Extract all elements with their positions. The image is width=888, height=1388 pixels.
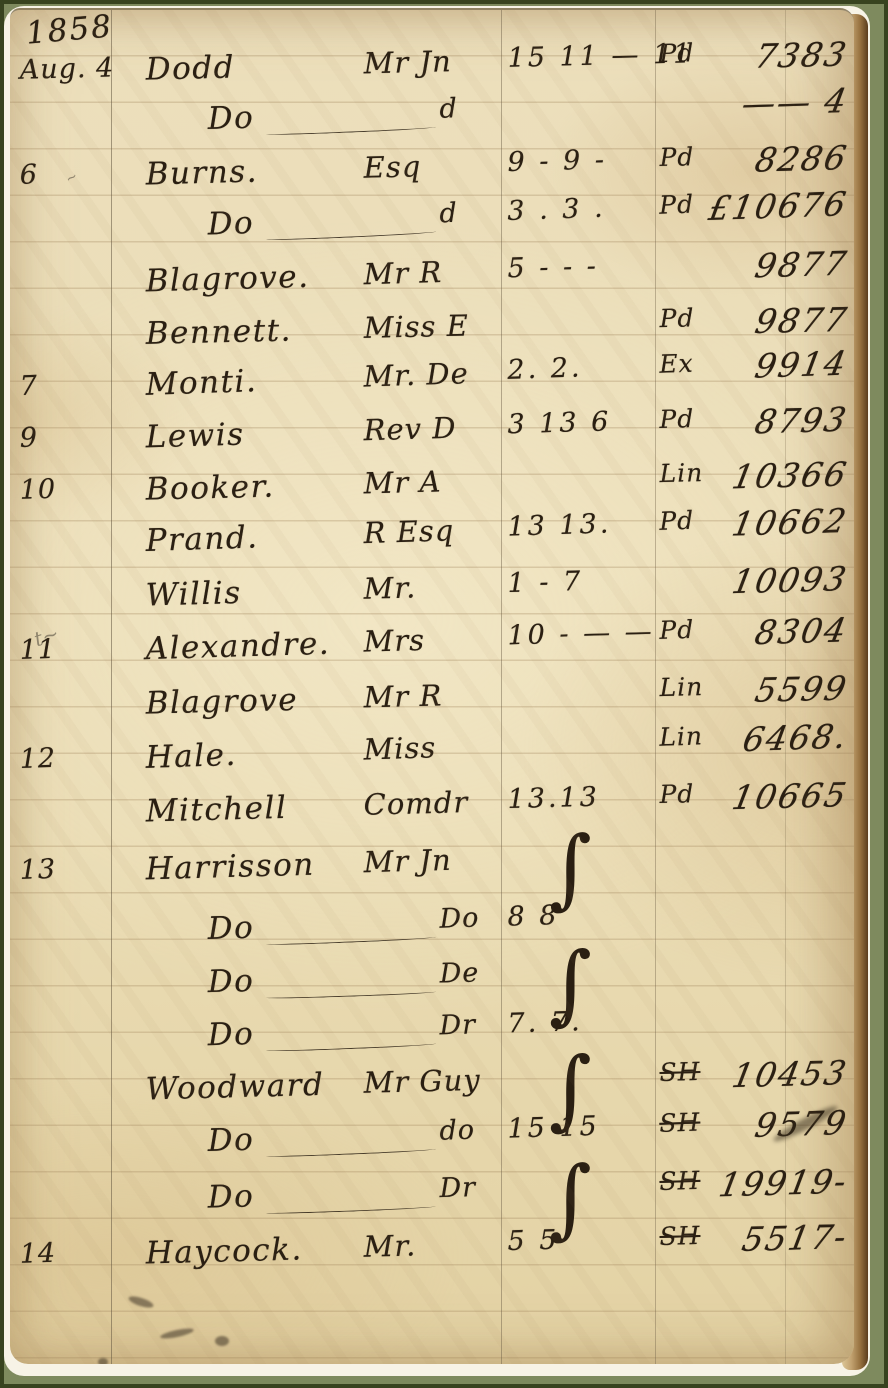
- title-cell: Mrs: [363, 623, 425, 659]
- title-cell: Dr: [439, 1009, 476, 1041]
- status-cell: Lin: [659, 672, 703, 702]
- number-cell: £10676: [707, 184, 848, 228]
- name-cell: Willis: [145, 575, 242, 613]
- date-cell: 7: [19, 367, 138, 402]
- amount-cell: 13.13: [507, 782, 600, 815]
- ink-smudge: [215, 1336, 229, 1346]
- name-cell: Mitchell: [145, 790, 288, 830]
- number-cell: 6468.: [707, 717, 848, 761]
- ditto-flourish-line: [266, 935, 436, 946]
- photo-frame: 1858 Aug. 4DoddMr Jn15 11 — 11Pd7383Dod—…: [0, 0, 888, 1388]
- name-cell: Do: [207, 1178, 255, 1215]
- title-cell: Mr.: [363, 1228, 416, 1263]
- number-cell: 10665: [707, 775, 848, 818]
- amount-cell: 1 - 7: [507, 566, 583, 599]
- ink-smudge: [160, 1327, 195, 1341]
- number-cell: 10366: [707, 455, 848, 497]
- number-cell: —— 4: [707, 81, 848, 124]
- status-cell: SH: [659, 1108, 701, 1138]
- title-cell: Do: [439, 903, 480, 935]
- title-cell: Miss: [363, 730, 437, 766]
- date-cell: Aug. 4: [19, 52, 138, 86]
- ditto-flourish-line: [266, 1205, 436, 1215]
- name-cell: Prand.: [145, 519, 259, 559]
- title-cell: Comdr: [363, 785, 468, 822]
- amount-cell: 9 - 9 -: [507, 144, 607, 178]
- status-cell: Pd: [659, 38, 695, 68]
- title-cell: Dr: [439, 1172, 476, 1204]
- name-cell: Woodward: [145, 1067, 325, 1108]
- status-cell: Pd: [659, 615, 695, 645]
- status-cell: Pd: [659, 404, 695, 434]
- title-cell: Rev D: [363, 411, 457, 448]
- status-cell: Ex: [659, 349, 694, 379]
- ink-smudge: [98, 1358, 108, 1364]
- name-cell: Do: [207, 963, 254, 1000]
- status-cell: Pd: [659, 142, 695, 172]
- date-cell: 10: [19, 472, 138, 506]
- name-cell: Harrisson: [145, 847, 315, 888]
- title-cell: Mr Guy: [363, 1063, 481, 1100]
- title-cell: Mr Jn: [363, 44, 452, 80]
- number-cell: 10453: [707, 1053, 848, 1096]
- number-cell: 5517-: [707, 1217, 848, 1260]
- name-cell: Do: [207, 1122, 255, 1159]
- year-label: 1858: [25, 8, 115, 51]
- name-cell: Do: [207, 205, 255, 243]
- name-cell: Blagrove.: [145, 259, 310, 300]
- name-cell: Blagrove: [145, 682, 298, 722]
- amount-cell: 15 15: [507, 1111, 600, 1145]
- amount-cell: 3 . 3 .: [507, 193, 606, 227]
- number-cell: 9877: [707, 244, 848, 287]
- name-cell: Bennett.: [145, 313, 292, 352]
- name-cell: Hale.: [145, 737, 237, 776]
- amount-cell: 10 - — —: [507, 616, 655, 651]
- date-cell: 6: [19, 157, 138, 191]
- status-cell: Lin: [659, 458, 703, 488]
- amount-cell: 7. 7.: [507, 1006, 583, 1039]
- name-cell: Do: [207, 1016, 255, 1053]
- number-cell: 10093: [707, 559, 848, 602]
- title-cell: Esq: [363, 149, 421, 184]
- date-cell: 13: [19, 852, 138, 886]
- title-cell: d: [439, 93, 458, 125]
- ditto-flourish-line: [266, 230, 436, 241]
- title-cell: Mr A: [363, 464, 442, 500]
- number-cell: 9914: [707, 344, 848, 388]
- title-cell: Mr R: [363, 678, 442, 714]
- name-cell: Booker.: [145, 469, 275, 508]
- number-cell: 7383: [707, 35, 848, 77]
- amount-cell: 2. 2.: [507, 352, 583, 385]
- name-cell: Do: [207, 100, 255, 137]
- status-cell: Pd: [659, 190, 695, 220]
- status-cell: Lin: [659, 721, 704, 751]
- number-cell: 10662: [707, 501, 848, 544]
- name-cell: Do: [207, 910, 255, 947]
- ditto-flourish-line: [266, 1147, 436, 1158]
- ink-smudge: [127, 1294, 154, 1310]
- title-cell: De: [439, 958, 479, 990]
- name-cell: Alexandre.: [145, 626, 330, 667]
- date-cell: 9: [19, 420, 138, 454]
- title-cell: Mr R: [363, 255, 443, 291]
- ditto-flourish-line: [266, 125, 436, 136]
- amount-cell: 5 - - -: [507, 251, 599, 285]
- name-cell: Monti.: [145, 363, 258, 403]
- number-cell: 8793: [707, 400, 848, 443]
- date-cell: 14: [19, 1236, 138, 1270]
- name-cell: Burns.: [145, 154, 258, 193]
- status-cell: SH: [659, 1221, 701, 1251]
- status-cell: Pd: [659, 506, 695, 536]
- ledger-page: 1858 Aug. 4DoddMr Jn15 11 — 11Pd7383Dod—…: [10, 8, 854, 1364]
- title-cell: Mr. De: [363, 356, 469, 393]
- title-cell: Miss E: [363, 308, 469, 344]
- number-cell: 9877: [707, 300, 848, 342]
- status-cell: SH: [659, 1166, 701, 1196]
- amount-cell: 8 8: [507, 900, 560, 933]
- title-cell: Mr.: [363, 570, 416, 605]
- title-cell: do: [439, 1115, 476, 1147]
- status-cell: SH: [659, 1057, 701, 1087]
- number-cell: 5599: [707, 669, 848, 711]
- name-cell: Haycock.: [145, 1231, 303, 1271]
- name-cell: Dodd: [145, 49, 235, 87]
- amount-cell: 5 5: [507, 1225, 560, 1257]
- number-cell: 8286: [707, 138, 848, 181]
- title-cell: R Esq: [363, 513, 455, 550]
- ditto-flourish-line: [266, 990, 436, 999]
- name-cell: Lewis: [145, 417, 245, 456]
- ditto-flourish-line: [266, 1042, 436, 1052]
- number-cell: 8304: [707, 610, 848, 653]
- date-cell: 12: [19, 740, 138, 775]
- title-cell: d: [439, 198, 458, 230]
- number-cell: 19919-: [707, 1162, 848, 1205]
- amount-cell: 3 13 6: [507, 406, 612, 440]
- status-cell: Pd: [659, 303, 694, 333]
- status-cell: Pd: [659, 779, 695, 809]
- amount-cell: 13 13.: [507, 508, 612, 542]
- title-cell: Mr Jn: [363, 843, 452, 879]
